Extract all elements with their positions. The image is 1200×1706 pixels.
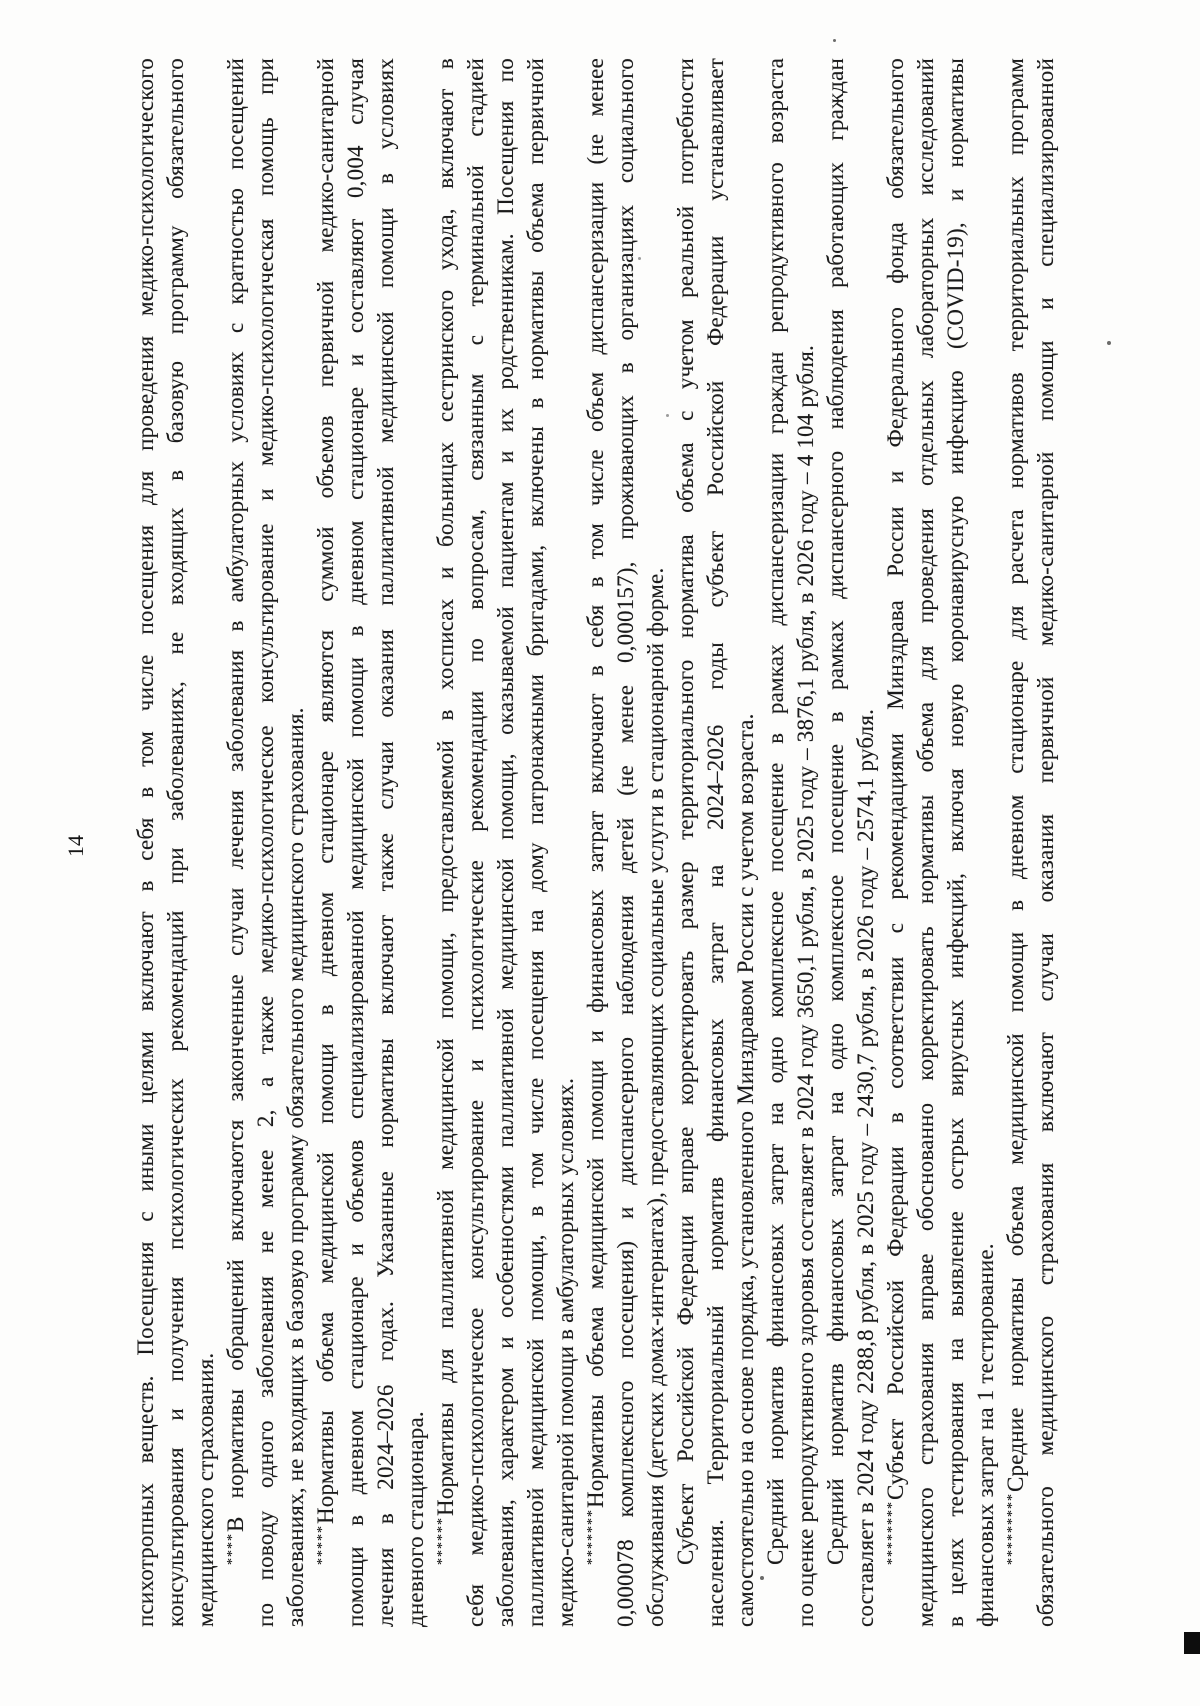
- paragraph: *****Нормативы объема медицинской помощи…: [311, 58, 431, 1627]
- paragraph: *********Средние нормативы объема медици…: [1001, 58, 1061, 1627]
- line-text: себя медико-психологическое консультиров…: [463, 58, 488, 1627]
- text-line: ******Нормативы для паллиативной медицин…: [431, 58, 461, 1627]
- line-text: заболеваниях, не входящих в базовую прог…: [283, 707, 308, 1627]
- text-line: ****В нормативы обращений включаются зак…: [221, 58, 251, 1627]
- text-line: ********Субъект Российской Федерации в с…: [881, 58, 911, 1627]
- line-text: обязательного медицинского страхования в…: [1033, 58, 1058, 1627]
- paragraph: Субъект Российской Федерации вправе корр…: [671, 58, 761, 1627]
- line-text: психотропных веществ. Посещения с иными …: [133, 58, 158, 1627]
- page-text: психотропных веществ. Посещения с иными …: [131, 58, 1061, 1627]
- text-line: дневного стационара.: [401, 58, 431, 1627]
- text-line: заболеваниях, не входящих в базовую прог…: [281, 58, 311, 1627]
- text-line: по оценке репродуктивного здоровья соста…: [791, 58, 821, 1627]
- line-text: обслуживания (детских домах-интернатах),…: [643, 568, 668, 1627]
- text-line: Средний норматив финансовых затрат на од…: [761, 58, 791, 1627]
- paragraph: ******Нормативы для паллиативной медицин…: [431, 58, 581, 1627]
- text-line: 0,000078 комплексного посещения) и диспа…: [611, 58, 641, 1627]
- line-text: лечения в 2024–2026 годах. Указанные нор…: [373, 58, 398, 1627]
- line-text: финансовых затрат на 1 тестирование.: [973, 1243, 998, 1627]
- line-text: медицинского страхования вправе обоснова…: [913, 58, 938, 1627]
- line-text: В нормативы обращений включаются законче…: [223, 58, 248, 1532]
- footnote-marker: *****: [315, 1524, 330, 1565]
- page-number: 14: [63, 822, 89, 870]
- scan-speck: [666, 414, 669, 417]
- paragraph: Средний норматив финансовых затрат на од…: [821, 58, 881, 1627]
- scan-speck: [833, 39, 836, 42]
- text-line: Средний норматив финансовых затрат на од…: [821, 58, 851, 1627]
- text-line: *****Нормативы объема медицинской помощи…: [311, 58, 341, 1627]
- line-text: Субъект Российской Федерации в соответст…: [883, 58, 908, 1500]
- scanned-document-page: 14 психотропных веществ. Посещения с ины…: [0, 0, 1200, 1706]
- line-text: Средний норматив финансовых затрат на од…: [763, 58, 788, 1565]
- footnote-marker: ******: [435, 1516, 450, 1565]
- line-text: медико-санитарной помощи в амбулаторных …: [553, 1078, 578, 1627]
- line-text: Нормативы объема медицинской помощи и фи…: [583, 58, 608, 1508]
- line-text: 0,000078 комплексного посещения) и диспа…: [613, 58, 638, 1627]
- line-text: дневного стационара.: [403, 1411, 428, 1627]
- line-text: в целях тестирования на выявление острых…: [943, 58, 968, 1627]
- line-text: по поводу одного заболевания не менее 2,…: [253, 58, 278, 1627]
- line-text: составляет в 2024 году 2288,8 рубля, в 2…: [853, 709, 878, 1627]
- text-line: *******Нормативы объема медицинской помо…: [581, 58, 611, 1627]
- scan-speck: [638, 257, 641, 260]
- text-line: *********Средние нормативы объема медици…: [1001, 58, 1031, 1627]
- text-line: консультирования и получения психологиче…: [161, 58, 191, 1627]
- footnote-marker: ********: [885, 1500, 900, 1565]
- text-line: лечения в 2024–2026 годах. Указанные нор…: [371, 58, 401, 1627]
- text-line: психотропных веществ. Посещения с иными …: [131, 58, 161, 1627]
- footnote-marker: *********: [1005, 1492, 1020, 1565]
- footnote-marker: ****: [225, 1532, 240, 1565]
- paragraph: Средний норматив финансовых затрат на од…: [761, 58, 821, 1627]
- paragraph: ********Субъект Российской Федерации в с…: [881, 58, 1001, 1627]
- rotated-page-canvas: 14 психотропных веществ. Посещения с ины…: [0, 0, 1200, 1706]
- line-text: Нормативы объема медицинской помощи в дн…: [313, 58, 338, 1524]
- line-text: самостоятельно на основе порядка, устано…: [733, 713, 758, 1627]
- text-line: себя медико-психологическое консультиров…: [461, 58, 491, 1627]
- footnote-marker: *******: [585, 1508, 600, 1565]
- text-line: заболевания, характером и особенностями …: [491, 58, 521, 1627]
- text-line: самостоятельно на основе порядка, устано…: [731, 58, 761, 1627]
- paragraph: ****В нормативы обращений включаются зак…: [221, 58, 311, 1627]
- text-line: медико-санитарной помощи в амбулаторных …: [551, 58, 581, 1627]
- line-text: заболевания, характером и особенностями …: [493, 58, 518, 1627]
- text-line: обязательного медицинского страхования в…: [1031, 58, 1061, 1627]
- line-text: населения. Территориальный норматив фина…: [703, 58, 728, 1627]
- text-line: медицинского страхования вправе обоснова…: [911, 58, 941, 1627]
- text-line: населения. Территориальный норматив фина…: [701, 58, 731, 1627]
- text-line: помощи в дневном стационаре и объемов сп…: [341, 58, 371, 1627]
- line-text: консультирования и получения психологиче…: [163, 58, 188, 1627]
- paragraph: *******Нормативы объема медицинской помо…: [581, 58, 671, 1627]
- paragraph: психотропных веществ. Посещения с иными …: [131, 58, 221, 1627]
- text-line: медицинского страхования.: [191, 58, 221, 1627]
- text-line: по поводу одного заболевания не менее 2,…: [251, 58, 281, 1627]
- line-text: Субъект Российской Федерации вправе корр…: [673, 58, 698, 1565]
- text-line: паллиативной медицинской помощи, в том ч…: [521, 58, 551, 1627]
- scan-speck: [1107, 341, 1111, 345]
- line-text: Нормативы для паллиативной медицинской п…: [433, 58, 458, 1516]
- line-text: по оценке репродуктивного здоровья соста…: [793, 345, 818, 1627]
- text-line: Субъект Российской Федерации вправе корр…: [671, 58, 701, 1627]
- text-line: составляет в 2024 году 2288,8 рубля, в 2…: [851, 58, 881, 1627]
- line-text: Средние нормативы объема медицинской пом…: [1003, 58, 1028, 1492]
- scan-artifact-blob: [1184, 1632, 1200, 1654]
- text-line: в целях тестирования на выявление острых…: [941, 58, 971, 1627]
- line-text: Средний норматив финансовых затрат на од…: [823, 58, 848, 1565]
- line-text: паллиативной медицинской помощи, в том ч…: [523, 58, 548, 1627]
- text-line: финансовых затрат на 1 тестирование.: [971, 58, 1001, 1627]
- line-text: медицинского страхования.: [193, 1353, 218, 1627]
- scan-speck: [760, 1576, 764, 1580]
- line-text: помощи в дневном стационаре и объемов сп…: [343, 58, 368, 1627]
- text-line: обслуживания (детских домах-интернатах),…: [641, 58, 671, 1627]
